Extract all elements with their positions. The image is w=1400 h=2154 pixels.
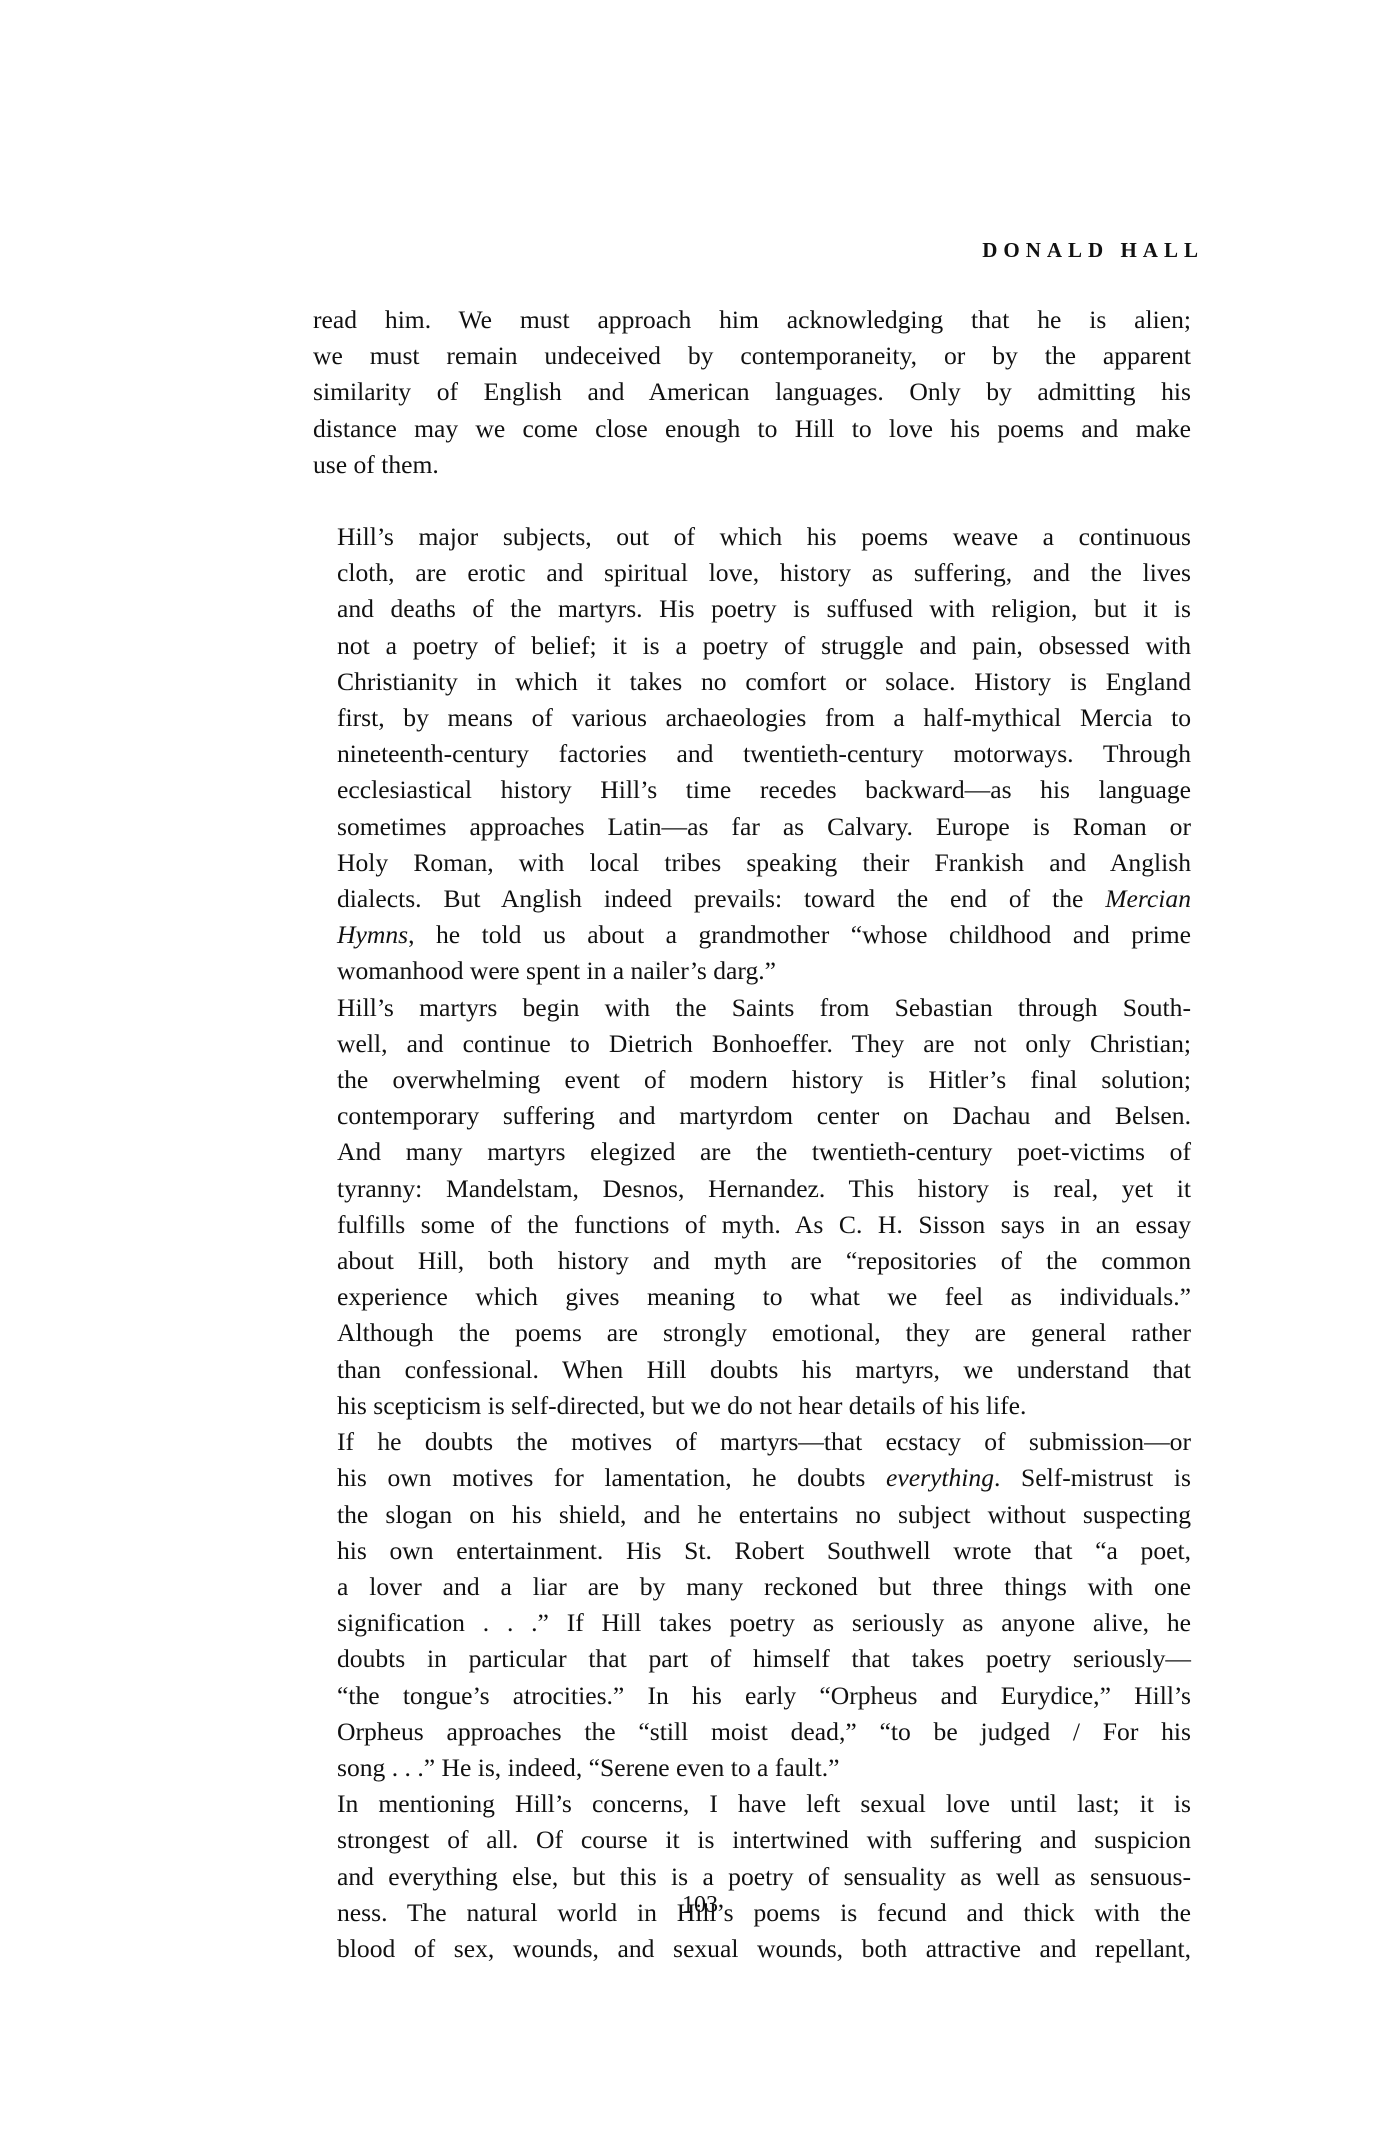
text-line: a lover and a liar are by many reckoned … <box>313 1569 1191 1605</box>
text-line-italic-mercian: dialects. But Anglish indeed prevails: t… <box>313 881 1191 917</box>
text-line: cloth, are erotic and spiritual love, hi… <box>313 555 1191 591</box>
text-line: womanhood were spent in a nailer’s darg.… <box>313 953 1191 989</box>
text-line: first, by means of various archaeologies… <box>313 700 1191 736</box>
text-line: contemporary suffering and martyrdom cen… <box>313 1098 1191 1134</box>
text-line-italic-everything: his own motives for lamentation, he doub… <box>313 1460 1191 1496</box>
text-line: read him. We must approach him acknowled… <box>313 302 1191 338</box>
text-line: In mentioning Hill’s concerns, I have le… <box>313 1786 1191 1822</box>
text-line: and deaths of the martyrs. His poetry is… <box>313 591 1191 627</box>
text-line: and everything else, but this is a poetr… <box>313 1859 1191 1895</box>
text-line: similarity of English and American langu… <box>313 374 1191 410</box>
text-line: the overwhelming event of modern history… <box>313 1062 1191 1098</box>
text-line: nineteenth-century factories and twentie… <box>313 736 1191 772</box>
paragraph-5: In mentioning Hill’s concerns, I have le… <box>313 1786 1191 1967</box>
text-line: about Hill, both history and myth are “r… <box>313 1243 1191 1279</box>
text-line: experience which gives meaning to what w… <box>313 1279 1191 1315</box>
text-line: And many martyrs elegized are the twenti… <box>313 1134 1191 1170</box>
text-line: Although the poems are strongly emotiona… <box>313 1315 1191 1351</box>
text-line: than confessional. When Hill doubts his … <box>313 1352 1191 1388</box>
text-line: strongest of all. Of course it is intert… <box>313 1822 1191 1858</box>
text-line: fulfills some of the functions of myth. … <box>313 1207 1191 1243</box>
text-line: Hill’s martyrs begin with the Saints fro… <box>313 990 1191 1026</box>
paragraph-3: Hill’s martyrs begin with the Saints fro… <box>313 990 1191 1424</box>
text-line: ecclesiastical history Hill’s time reced… <box>313 772 1191 808</box>
running-head-author: DONALD HALL <box>982 238 1204 263</box>
text-line: Christianity in which it takes no comfor… <box>313 664 1191 700</box>
text-line: doubts in particular that part of himsel… <box>313 1641 1191 1677</box>
text-line: song . . .” He is, indeed, “Serene even … <box>313 1750 1191 1786</box>
text-line: his scepticism is self-directed, but we … <box>313 1388 1191 1424</box>
text-line: distance may we come close enough to Hil… <box>313 411 1191 447</box>
body-text: read him. We must approach him acknowled… <box>313 302 1191 1967</box>
text-line: blood of sex, wounds, and sexual wounds,… <box>313 1931 1191 1967</box>
text-line: well, and continue to Dietrich Bonhoeffe… <box>313 1026 1191 1062</box>
text-line: not a poetry of belief; it is a poetry o… <box>313 628 1191 664</box>
text-line: the slogan on his shield, and he enterta… <box>313 1497 1191 1533</box>
text-line: his own entertainment. His St. Robert So… <box>313 1533 1191 1569</box>
text-line: Orpheus approaches the “still moist dead… <box>313 1714 1191 1750</box>
paragraph-2: Hill’s major subjects, out of which his … <box>313 519 1191 990</box>
text-line: “the tongue’s atrocities.” In his early … <box>313 1678 1191 1714</box>
text-line: signification . . .” If Hill takes poetr… <box>313 1605 1191 1641</box>
paragraph-4: If he doubts the motives of martyrs—that… <box>313 1424 1191 1786</box>
page-number: 103 <box>0 1892 1400 1919</box>
text-line: we must remain undeceived by contemporan… <box>313 338 1191 374</box>
text-line: Hill’s major subjects, out of which his … <box>313 519 1191 555</box>
text-line: tyranny: Mandelstam, Desnos, Hernandez. … <box>313 1171 1191 1207</box>
paragraph-1: read him. We must approach him acknowled… <box>313 302 1191 483</box>
text-line: sometimes approaches Latin—as far as Cal… <box>313 809 1191 845</box>
text-line: Holy Roman, with local tribes speaking t… <box>313 845 1191 881</box>
book-page: DONALD HALL read him. We must approach h… <box>0 0 1400 2154</box>
text-line: use of them. <box>313 447 1191 483</box>
text-line: If he doubts the motives of martyrs—that… <box>313 1424 1191 1460</box>
text-line-italic-hymns: Hymns, he told us about a grandmother “w… <box>313 917 1191 953</box>
